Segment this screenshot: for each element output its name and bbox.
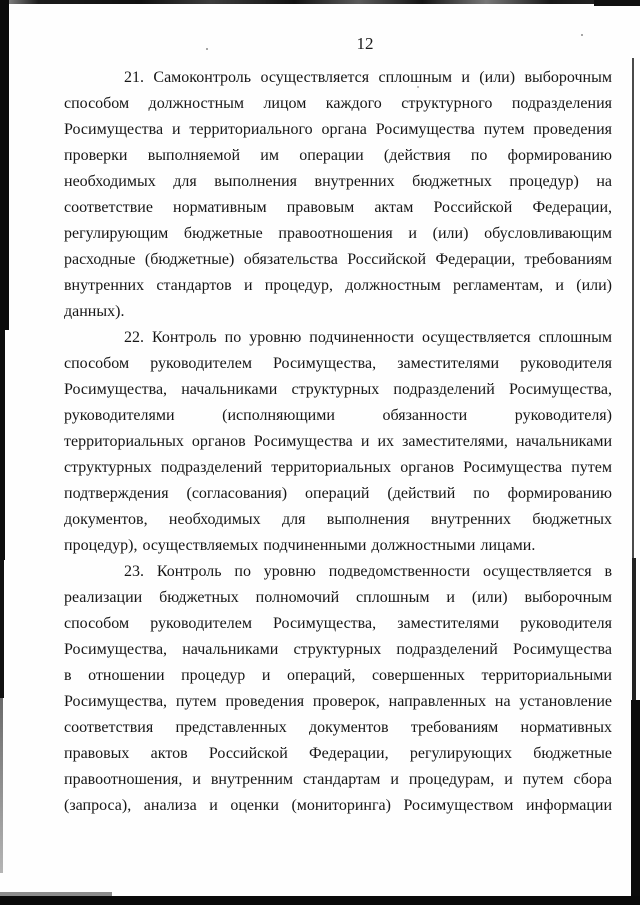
- scan-edge-left-fade: [0, 698, 3, 873]
- scan-speck: [581, 34, 583, 36]
- text-line: 21. Самоконтроль осуществляется сплошным…: [64, 65, 612, 91]
- scan-edge-left-bar: [0, 330, 5, 560]
- text-line: документов, необходимых для выполнения в…: [64, 507, 612, 533]
- text-line: в отношении процедур и операций, соверше…: [64, 663, 612, 689]
- text-line: Росимущества и территориального органа Р…: [64, 117, 612, 143]
- text-line: данных).: [64, 299, 612, 325]
- text-line: структурных подразделений территориальны…: [64, 455, 612, 481]
- text-line: руководителями (исполняющими обязанности…: [64, 403, 612, 429]
- scan-edge-bottom-bar: [0, 896, 640, 905]
- scan-speck: [206, 48, 208, 50]
- text-line: 23. Контроль по уровню подведомственност…: [64, 559, 612, 585]
- scan-edge-left-bar: [0, 560, 4, 698]
- scan-edge-left-bar: [0, 0, 9, 330]
- scan-edge-right-line: [632, 58, 634, 558]
- text-line: проверки выполняемой им операции (действ…: [64, 143, 612, 169]
- scan-edge-bottom-gray: [0, 892, 112, 897]
- text-line: регулирующим бюджетные правоотношения и …: [64, 221, 612, 247]
- text-line: способом руководителем Росимущества, зам…: [64, 351, 612, 377]
- text-line: необходимых для выполнения внутренних бю…: [64, 169, 612, 195]
- text-line: территориальных органов Росимущества и и…: [64, 429, 612, 455]
- page-number: 12: [64, 33, 612, 55]
- scan-edge-top-right: [594, 0, 640, 6]
- text-line: 22. Контроль по уровню подчиненности осу…: [64, 325, 612, 351]
- text-line: Росимущества, начальниками структурных п…: [64, 377, 612, 403]
- text-line: (запроса), анализа и оценки (мониторинга…: [64, 793, 612, 819]
- text-line: способом должностным лицом каждого струк…: [64, 91, 612, 117]
- text-line: реализации бюджетных полномочий сплошным…: [64, 585, 612, 611]
- text-line: внутренних стандартов и процедур, должно…: [64, 273, 612, 299]
- text-line: Росимущества, начальниками структурных п…: [64, 637, 612, 663]
- text-line: способом руководителем Росимущества, зам…: [64, 611, 612, 637]
- document-text: 21. Самоконтроль осуществляется сплошным…: [64, 65, 612, 819]
- scan-edge-top: [0, 0, 640, 4]
- scan-speck: [417, 86, 419, 88]
- scanned-document-page: 12 21. Самоконтроль осуществляется сплош…: [0, 0, 640, 905]
- text-line: процедур), осуществляемых подчиненными д…: [64, 533, 612, 559]
- text-line: правоотношения, и внутренним стандартам …: [64, 767, 612, 793]
- scan-edge-right-bar: [631, 700, 640, 897]
- scan-edge-right-line: [632, 558, 636, 700]
- text-line: соответствие нормативным правовым актам …: [64, 195, 612, 221]
- text-line: расходные (бюджетные) обязательства Росс…: [64, 247, 612, 273]
- text-line: соответствия представленных документов т…: [64, 715, 612, 741]
- text-line: Росимущества, путем проведения проверок,…: [64, 689, 612, 715]
- text-line: подтверждения (согласования) операций (д…: [64, 481, 612, 507]
- text-line: правовых актов Российской Федерации, рег…: [64, 741, 612, 767]
